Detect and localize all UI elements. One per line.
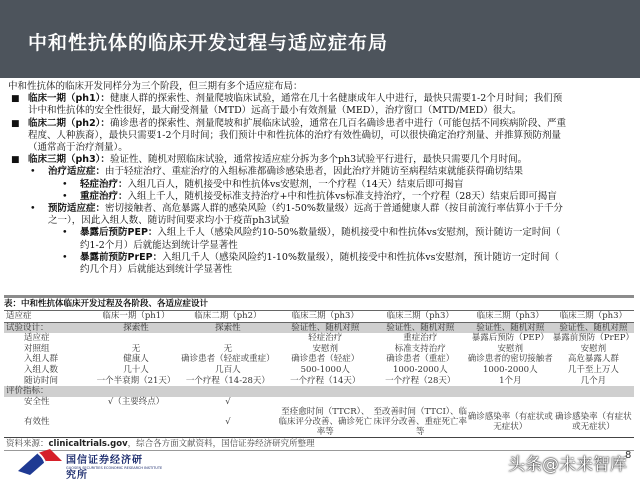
mild-item: •轻症治疗：入组几百人，随机接受中和性抗体vs安慰剂，一个疗程（14天）结束后即… [8, 179, 634, 191]
dot-bullet-icon: • [62, 227, 68, 239]
guosen-logo: 国信证券经济研究所 GUOSEN SECURITIES ECONOMIC RES… [16, 447, 146, 477]
table-row: 入组人数 几十人 几百人 500-1000人 1000-2000人 1000-2… [4, 365, 634, 376]
page-title: 中和性抗体的临床开发过程与适应症布局 [28, 28, 388, 55]
table-row: 入组人群 健康人 确诊患者（轻症或重症） 确诊患者（轻症） 确诊患者（重症） 确… [4, 354, 634, 365]
table-row-safety: 安全性 √（主要终点） √ [4, 397, 634, 408]
logo-subtitle: GUOSEN SECURITIES ECONOMIC RESEARCH INST… [66, 466, 162, 470]
prevention-item: •预防适应症：密切接触者、高危暴露人群的感染风险（约1-50%数量级）远高于普通… [8, 203, 634, 215]
ph1-line2: 计中和性抗体的安全性很好，最大耐受剂量（MTD）远高于最小有效剂量（MED），治… [8, 105, 634, 117]
square-bullet-icon: ■ [11, 154, 20, 166]
design-table: 适应症 临床一期（ph1） 临床二期（ph2） 临床三期（ph3） 临床三期（p… [4, 311, 634, 438]
ph3-item: ■临床三期（ph3）：验证性、随机对照临床试验，通常按适应症分拆为多个ph3试验… [8, 154, 634, 166]
square-bullet-icon: ■ [11, 93, 20, 105]
prep-line2: 约几个月）后就能达到统计学显著性 [8, 264, 634, 276]
table-header-row: 适应症 临床一期（ph1） 临床二期（ph2） 临床三期（ph3） 临床三期（p… [4, 311, 634, 322]
prep-item: •暴露前预防PrEP：入组几千人（感染风险约1-10%数量级），随机接受中和性抗… [8, 252, 634, 264]
ph2-line3: （通常高于治疗剂量）。 [8, 142, 634, 154]
pep-line2: 约1-2个月）后就能达到统计学显著性 [8, 240, 634, 252]
ph1-item: ■临床一期（ph1）：健康人群的探索性、剂量爬坡临床试验，通常在几十名健康成年人… [8, 93, 634, 105]
intro-text: 中和性抗体的临床开发同样分为三个阶段，但三期有多个适应症布局： [8, 81, 634, 93]
dot-bullet-icon: • [62, 191, 68, 203]
treatment-item: •治疗适应症：由于轻症治疗、重症治疗的入组标准都确诊感染患者，因此治疗并随访至病… [8, 166, 634, 178]
table-row: 随访时间 一个半衰期（21天） 一个疗程（14-28天） 一个疗程（14天） 一… [4, 376, 634, 387]
table-caption: 表：中和性抗体临床开发过程及各阶段、各适应症设计 [4, 295, 634, 311]
table-section-eval: 评价指标： [4, 386, 634, 397]
table-row: 适应症 轻症治疗 重症治疗 暴露后预防（PEP） 暴露前预防（PrEP） [4, 333, 634, 344]
prevention-line2: 之一），因此入组人数、随访时间要求均小于疫苗ph3试验 [8, 215, 634, 227]
dot-bullet-icon: • [30, 166, 36, 178]
dot-bullet-icon: • [30, 203, 36, 215]
header-bar: 中和性抗体的临床开发过程与适应症布局 [0, 0, 640, 78]
design-table-section: 表：中和性抗体临床开发过程及各阶段、各适应症设计 适应症 临床一期（ph1） 临… [4, 295, 634, 451]
ph2-line2: 程度、人种族裔），最快只需要1-2个月时间；我们预计中和性抗体的治疗有效性确切，… [8, 130, 634, 142]
table-row: 对照组 无 无 安慰剂 标准支持治疗 安慰剂 安慰剂 [4, 344, 634, 355]
table-row-efficacy: 有效性 √ 至痊愈时间（TTCR）、临床评分改善、确诊死亡率等 至改善时间（TT… [4, 407, 634, 438]
table-row-design: 试验设计： 探索性 探索性 验证性、随机对照 验证性、随机对照 验证性、随机对照… [4, 322, 634, 333]
body-text: 中和性抗体的临床开发同样分为三个阶段，但三期有多个适应症布局： ■临床一期（ph… [8, 81, 634, 276]
severe-item: •重症治疗：入组上千人，随机接受标准支持治疗+中和性抗体vs标准支持治疗，一个疗… [8, 191, 634, 203]
page-number: 8 [625, 450, 631, 461]
dot-bullet-icon: • [62, 179, 68, 191]
ph2-item: ■临床二期（ph2）：确诊患者的探索性、剂量爬坡和扩展临床试验，通常在几百名确诊… [8, 118, 634, 130]
square-bullet-icon: ■ [11, 118, 20, 130]
watermark: 头条@未来智库 [508, 450, 627, 475]
guosen-logo-icon [16, 447, 64, 475]
dot-bullet-icon: • [62, 252, 68, 264]
pep-item: •暴露后预防PEP：入组上千人（感染风险约10-50%数量级），随机接受中和性抗… [8, 227, 634, 239]
